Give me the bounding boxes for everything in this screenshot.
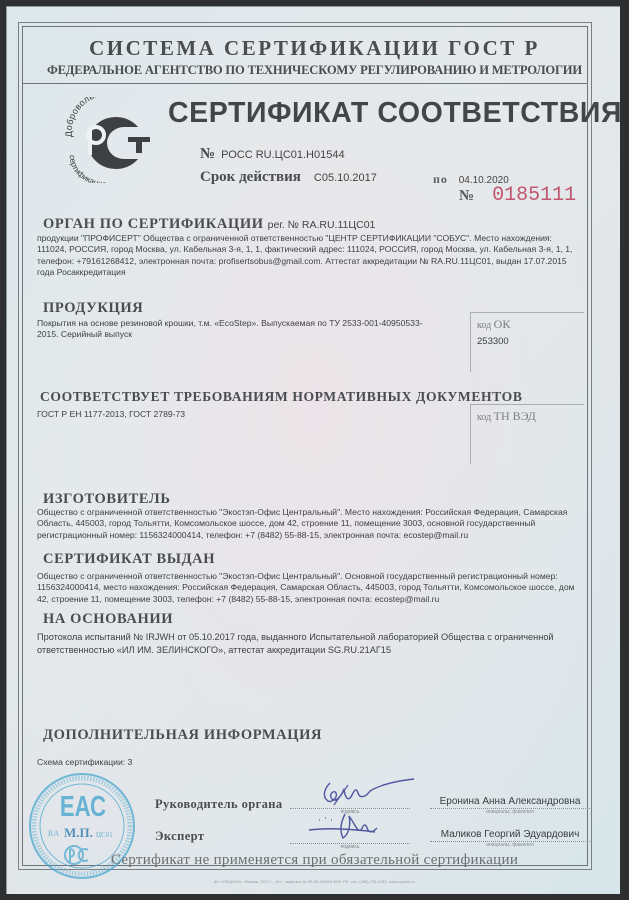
- issued-to-heading: СЕРТИФИКАТ ВЫДАН: [43, 551, 215, 568]
- product-text: Покрытия на основе резиновой крошки, т.м…: [37, 318, 437, 341]
- agency-name: ФЕДЕРАЛЬНОЕ АГЕНТСТВО ПО ТЕХНИЧЕСКОМУ РЕ…: [0, 63, 629, 78]
- certification-body-title: ОРГАН ПО СЕРТИФИКАЦИИ: [43, 216, 264, 232]
- certification-scheme: Схема сертификации: 3: [37, 757, 237, 768]
- certification-body-heading: ОРГАН ПО СЕРТИФИКАЦИИрег. № RA.RU.11ЦС01: [43, 216, 375, 233]
- tnved-code-label: код ТН ВЭД: [477, 409, 536, 424]
- manufacturer-text: Общество с ограниченной ответственностью…: [37, 507, 585, 541]
- certification-body-text: продукции "ПРОФИСЕРТ" Общества с огранич…: [37, 233, 582, 279]
- standards-text: ГОСТ Р ЕН 1177-2013, ГОСТ 2789-73: [37, 409, 437, 420]
- basis-heading: НА ОСНОВАНИИ: [43, 611, 173, 628]
- bottom-border: [0, 894, 629, 900]
- valid-to-label: по: [433, 172, 448, 186]
- svg-text:ЦС01: ЦС01: [96, 831, 113, 839]
- validity-label: Срок действия: [200, 169, 301, 185]
- serial-sign: №: [459, 188, 474, 204]
- manufacturer-heading: ИЗГОТОВИТЕЛЬ: [43, 491, 171, 508]
- head-name: Еронина Анна Александровна: [430, 796, 590, 807]
- ok-code-value: 253300: [477, 336, 509, 347]
- tnved-code-box: код ТН ВЭД: [470, 404, 584, 464]
- conformity-heading: СООТВЕТСТВУЕТ ТРЕБОВАНИЯМ НОРМАТИВНЫХ ДО…: [40, 389, 523, 405]
- printer-imprint: АО «ОПЦИОН», Москва, 2017 г., «Б», лицен…: [0, 880, 629, 884]
- certification-body-reg: рег. № RA.RU.11ЦС01: [268, 219, 376, 231]
- expert-name: Маликов Георгий Эдуардович: [430, 829, 590, 840]
- expert-name-caption: инициалы, фамилия: [430, 842, 590, 848]
- svg-text:RA: RA: [48, 829, 59, 838]
- expert-signature-caption: подпись: [290, 844, 410, 850]
- ok-code-label: код ОК: [477, 317, 510, 332]
- head-role-label: Руководитель органа: [155, 797, 283, 812]
- document-title: СЕРТИФИКАТ СООТВЕТСТВИЯ: [168, 97, 622, 130]
- ok-code-box: код ОК 253300: [470, 312, 584, 372]
- basis-text: Протокола испытаний № IRJWH от 05.10.201…: [37, 631, 585, 656]
- blank-serial-number: № 0185111: [459, 184, 576, 207]
- head-name-caption: инициалы, фамилия: [430, 809, 590, 815]
- number-sign: №: [200, 146, 215, 162]
- rst-logo-icon: Добровольная сертификация: [58, 97, 162, 183]
- expert-role-label: Эксперт: [155, 829, 204, 844]
- validity-from: Срок действия С05.10.2017: [200, 169, 377, 186]
- certificate-number: № РОСС RU.ЦС01.Н01544: [200, 146, 345, 163]
- footer-note: Сертификат не применяется при обязательн…: [0, 852, 629, 869]
- certificate-number-value: РОСС RU.ЦС01.Н01544: [221, 149, 344, 161]
- stamp-eac-mark: ЕАС: [60, 792, 106, 823]
- expert-signature-icon: [305, 808, 395, 844]
- issued-to-text: Общество с ограниченной ответственностью…: [37, 571, 585, 605]
- system-title: СИСТЕМА СЕРТИФИКАЦИИ ГОСТ Р: [0, 36, 629, 61]
- svg-text:М.П.: М.П.: [64, 825, 93, 840]
- serial-value: 0185111: [492, 184, 576, 207]
- valid-from-value: С05.10.2017: [314, 172, 377, 184]
- header-divider: [23, 83, 587, 84]
- product-heading: ПРОДУКЦИЯ: [43, 300, 143, 317]
- additional-info-heading: ДОПОЛНИТЕЛЬНАЯ ИНФОРМАЦИЯ: [43, 727, 322, 744]
